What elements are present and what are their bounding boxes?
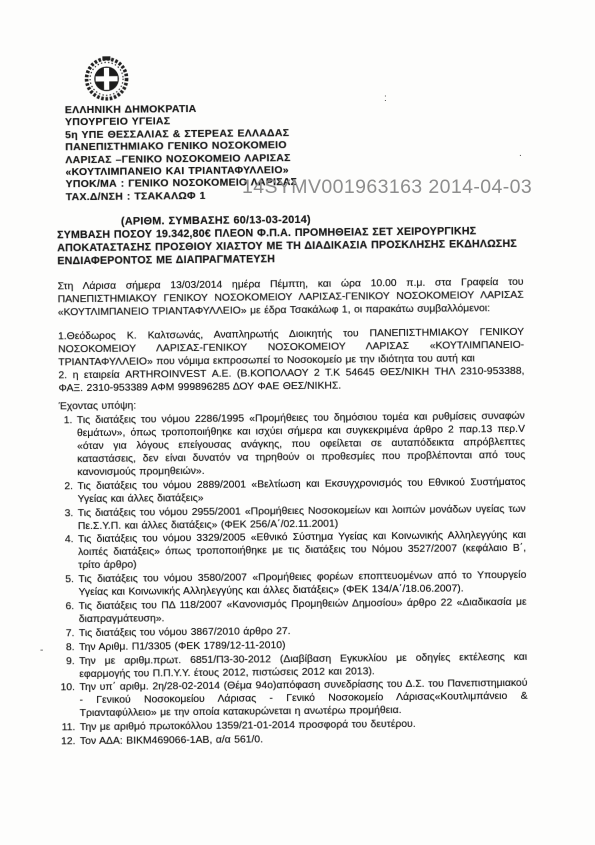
consideration-item: Τις διατάξεις του νόμου 3329/2005 «Εθνικ… bbox=[77, 530, 526, 573]
consideration-item: Την υπ΄ αριθμ. 2η/28-02-2014 (Θέμα 94ο)α… bbox=[78, 678, 527, 721]
scan-noise: - bbox=[40, 645, 43, 656]
intro-paragraph: Στη Λάρισα σήμερα 13/03/2014 ημέρα Πέμπτ… bbox=[58, 277, 524, 320]
consideration-item: Τις διατάξεις του νόμου 2286/1995 «Προμή… bbox=[76, 411, 526, 480]
consideration-item: Τις διατάξεις του νόμου 2955/2001 «Προμή… bbox=[77, 503, 526, 533]
contracting-parties: 1.Θεόδωρος Κ. Καλτσωνάς, Αναπληρωτής Διο… bbox=[58, 327, 525, 396]
party-first: 1.Θεόδωρος Κ. Καλτσωνάς, Αναπληρωτής Διο… bbox=[58, 327, 524, 370]
scan-noise: : bbox=[384, 93, 387, 104]
document-page: ΕΛΛΗΝΙΚΗ ΔΗΜΟΚΡΑΤΙΑ ΥΠΟΥΡΓΕΙΟ ΥΓΕΙΑΣ 5η … bbox=[0, 0, 595, 845]
watermark-registry-id: 14SYMV001963163 2014-04-03 bbox=[242, 176, 532, 199]
consideration-item: Τις διατάξεις του νόμου 3580/2007 «Προμή… bbox=[77, 570, 526, 600]
considerations-list: Τις διατάξεις του νόμου 2286/1995 «Προμή… bbox=[59, 411, 528, 749]
consideration-item: Τις διατάξεις του νόμου 2889/2001 «Βελτί… bbox=[76, 477, 525, 507]
consideration-item: Την με αριθμ.πρωτ. 6851/Π3-30-2012 (Διαβ… bbox=[78, 651, 527, 681]
consideration-item: Τις διατάξεις του ΠΔ 118/2007 «Κανονισμό… bbox=[78, 597, 527, 627]
greek-coat-of-arms-icon bbox=[81, 56, 131, 102]
contract-subject: ΣΥΜΒΑΣΗ ΠΟΣΟΥ 19.342,80€ ΠΛΕΟΝ Φ.Π.Α. ΠΡ… bbox=[57, 225, 523, 268]
scan-noise: . bbox=[519, 148, 522, 159]
party-second: 2. η εταιρεία ARTHROINVEST Α.Ε. (Β.ΚΟΠΟΛ… bbox=[58, 365, 524, 395]
scanned-content: ΕΛΛΗΝΙΚΗ ΔΗΜΟΚΡΑΤΙΑ ΥΠΟΥΡΓΕΙΟ ΥΓΕΙΑΣ 5η … bbox=[55, 52, 528, 750]
